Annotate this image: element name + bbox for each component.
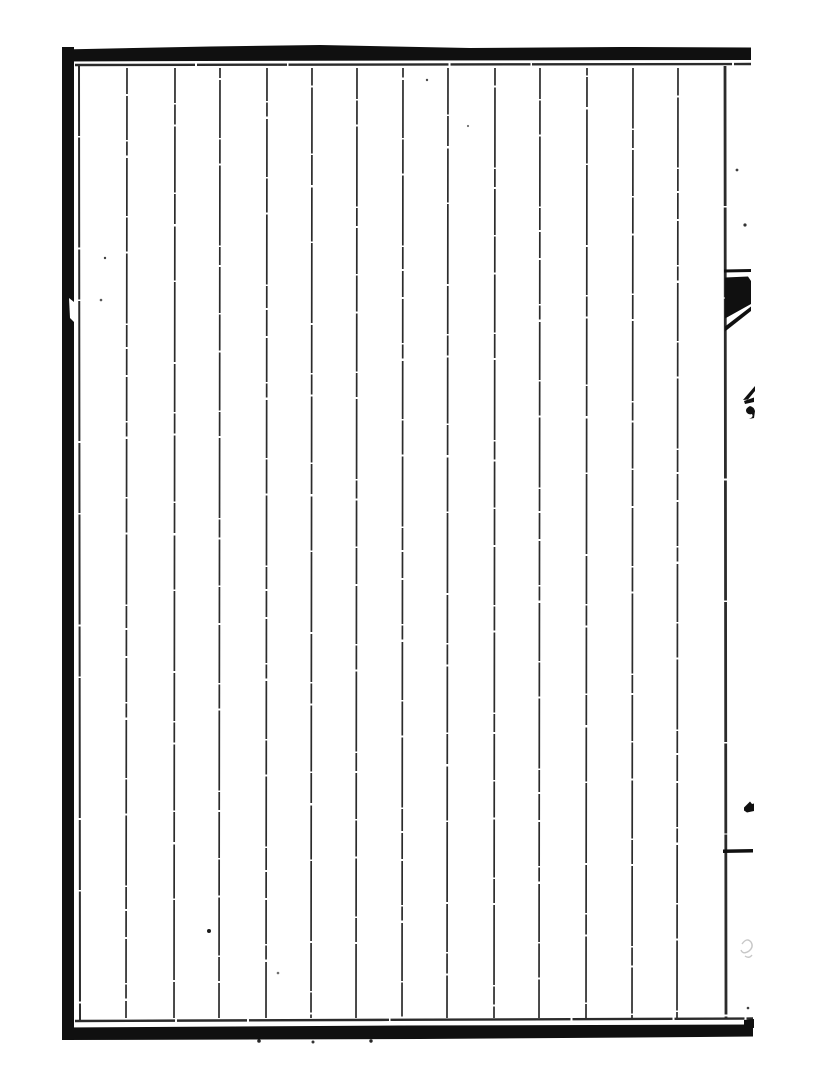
column-rule: [539, 68, 540, 1018]
left-border-bar: [62, 47, 74, 1040]
column-rule: [677, 68, 678, 1018]
scan-viewport: [0, 0, 815, 1092]
ink-speck: [467, 125, 469, 127]
ink-speck: [100, 299, 103, 302]
ink-speck: [743, 223, 746, 226]
ink-speck: [369, 1039, 372, 1042]
column-rule: [586, 68, 587, 1018]
ink-speck: [257, 1039, 261, 1043]
ink-speck: [104, 257, 106, 259]
ink-speck: [747, 1007, 750, 1010]
column-rule: [494, 68, 495, 1018]
column-rule: [402, 68, 403, 1018]
column-rule: [219, 68, 220, 1018]
ink-speck: [736, 169, 739, 172]
column-rule: [447, 68, 448, 1018]
paper-background: [0, 0, 815, 1092]
column-rule: [174, 68, 175, 1018]
column-rule: [632, 68, 633, 1018]
gutter-tick-lower: [723, 849, 753, 853]
ink-speck: [426, 79, 428, 81]
gutter-tick-upper: [724, 269, 751, 273]
column-rule: [356, 68, 357, 1018]
bottom-bar-end-blob: [744, 1019, 754, 1028]
left-frame-rule: [79, 66, 80, 1021]
scanned-page: [0, 0, 815, 1092]
ink-speck: [312, 1041, 315, 1044]
right-frame-rule: [725, 66, 726, 1019]
top-border-bar: [62, 45, 751, 62]
column-rule: [126, 68, 127, 1018]
column-rule: [311, 68, 312, 1018]
ink-speck: [277, 972, 280, 975]
column-rule: [266, 68, 267, 1018]
ink-speck: [207, 929, 211, 933]
top-frame-rule: [75, 64, 751, 65]
